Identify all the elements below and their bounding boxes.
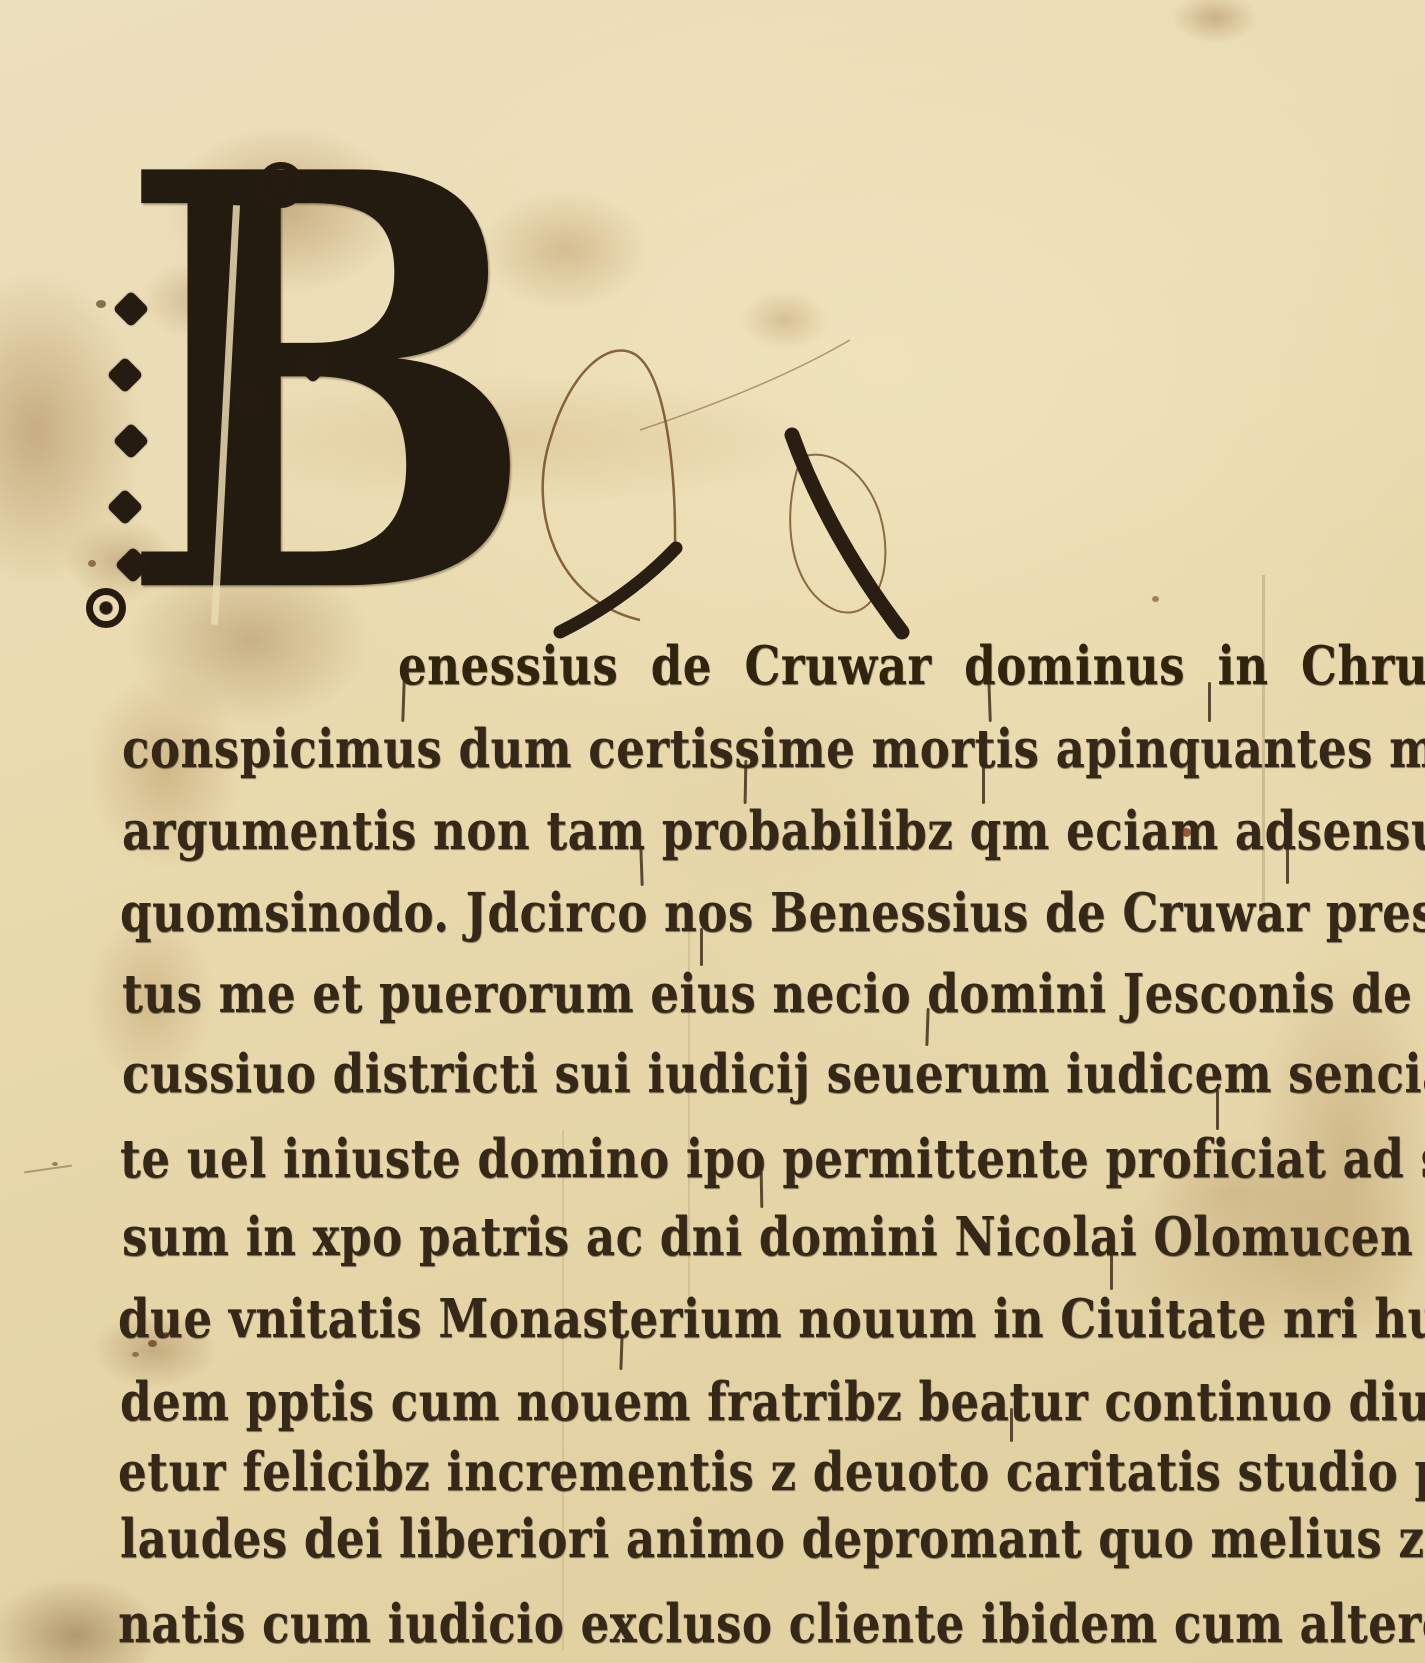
manuscript-line: enessius de Cruwar dominus in Chrumpn: [398, 635, 1425, 698]
initial-letter-B: B: [118, 128, 537, 643]
flourish-hairline: [640, 340, 850, 430]
flourish-loop-small: [790, 455, 885, 613]
manuscript-line: due vnitatis Monasterium nouum in Ciuita…: [118, 1288, 1425, 1351]
ink-speck: [132, 1352, 139, 1357]
manuscript-line: conspicimus dum certissime mortis apinqu…: [122, 718, 1425, 781]
initial-ornament-ring: [86, 588, 126, 628]
manuscript-line: dem pptis cum nouem fratribz beatur cont…: [120, 1371, 1425, 1434]
manuscript-line: quomsinodo. Jdcirco nos Benessius de Cru…: [120, 882, 1425, 945]
ink-speck: [52, 1162, 58, 1166]
manuscript-page: B enessius de Cruwar dominus in Chrumpn …: [0, 0, 1425, 1663]
ink-speck: [88, 560, 96, 567]
manuscript-line: cussiuo districti sui iudicij seuerum iu…: [122, 1043, 1425, 1106]
manuscript-line: etur felicibz incrementis z deuoto carit…: [118, 1441, 1425, 1504]
manuscript-line: te uel iniuste domino ipo permittente pr…: [120, 1128, 1425, 1191]
manuscript-line: natis cum iudicio excluso cliente ibidem…: [118, 1593, 1425, 1656]
flourish-loop-large: [543, 351, 675, 620]
scratch-mark: [24, 1165, 72, 1174]
elongated-ascender-stroke: [792, 435, 902, 632]
ink-speck: [1152, 596, 1159, 602]
initial-ornament-ring: [258, 162, 304, 208]
manuscript-line: sum in xpo patris ac dni domini Nicolai …: [122, 1206, 1425, 1269]
ink-speck: [96, 300, 106, 308]
manuscript-line: argumentis non tam probabilibz qm eciam …: [122, 800, 1425, 863]
manuscript-line: tus me et puerorum eius necio domini Jes…: [122, 963, 1425, 1026]
elongated-ascender-stroke: [560, 548, 676, 632]
manuscript-line: laudes dei liberiori animo depromant quo…: [120, 1508, 1425, 1571]
